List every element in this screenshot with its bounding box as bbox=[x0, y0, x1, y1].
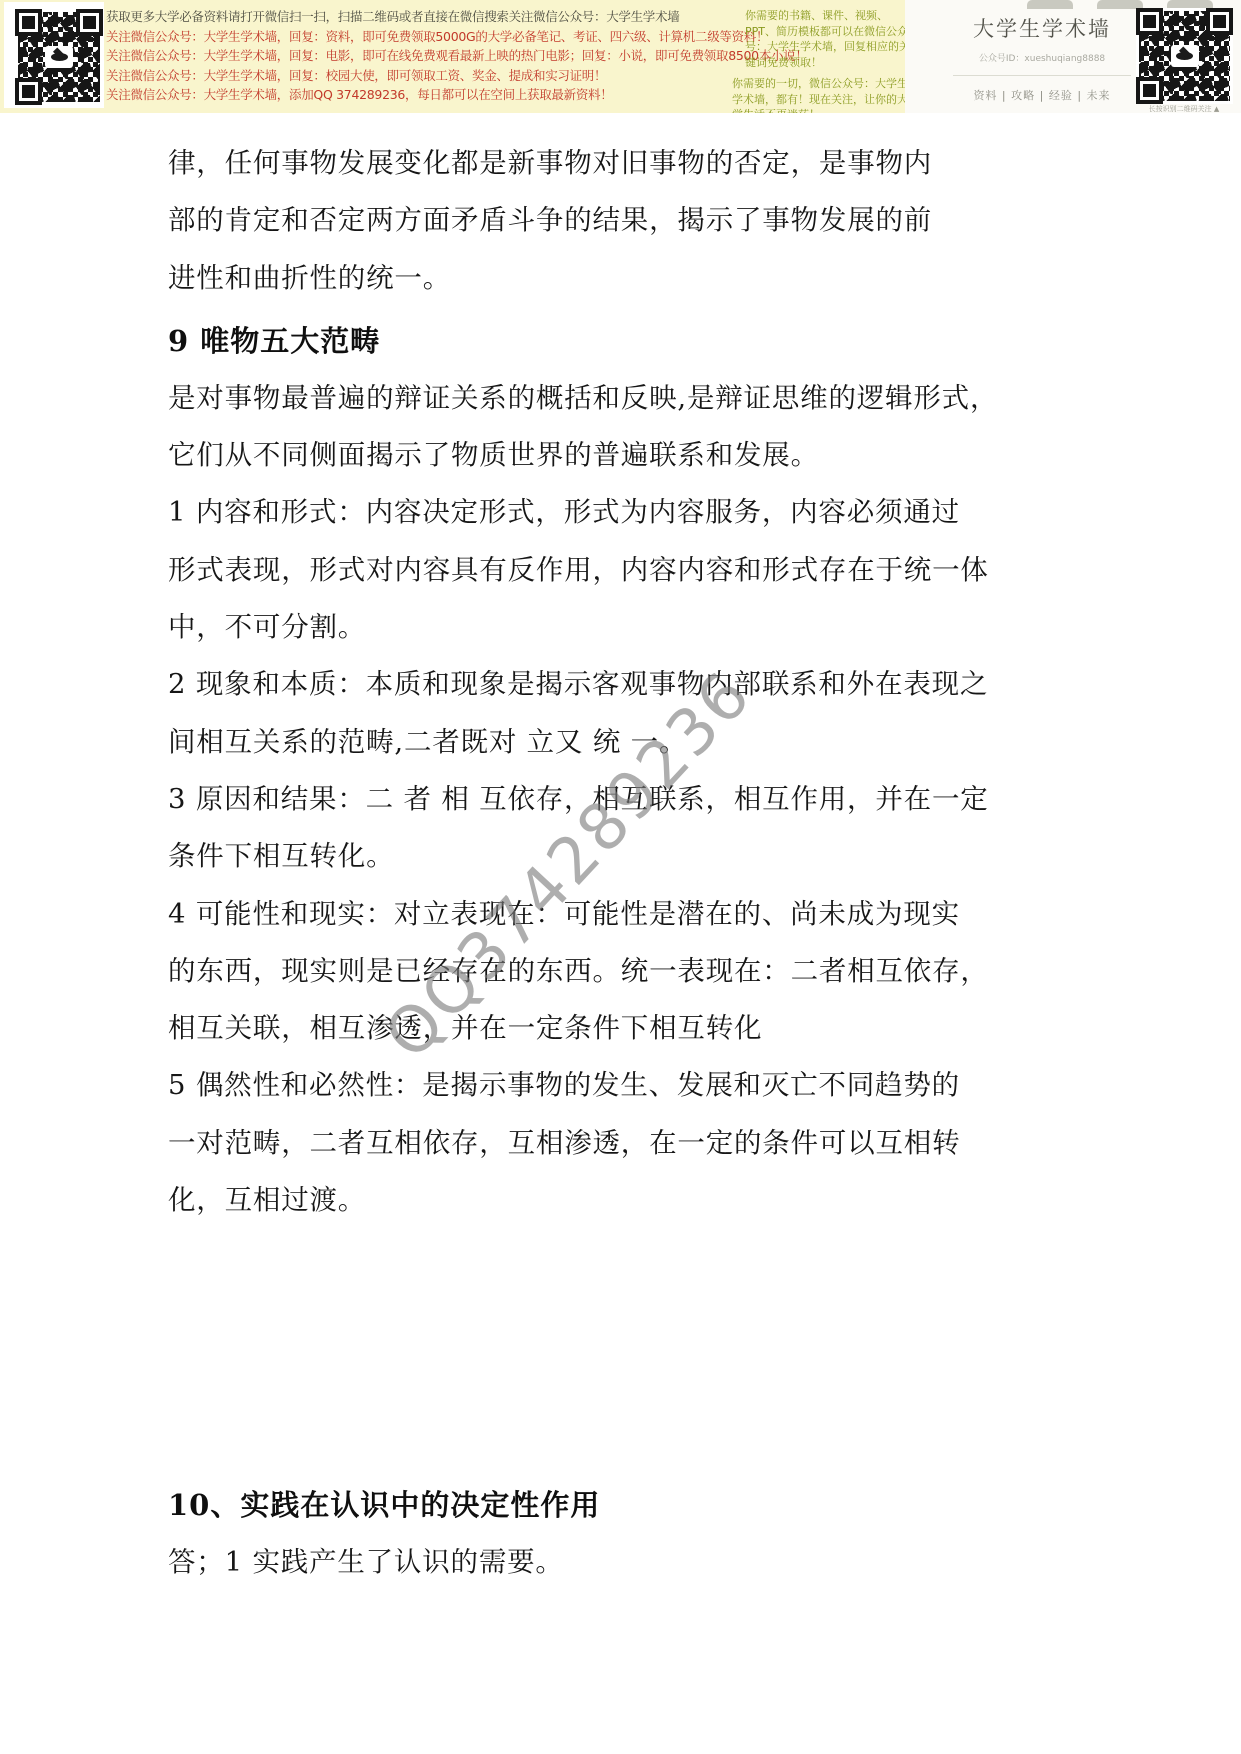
qr-finder-icon bbox=[15, 78, 42, 105]
section-heading: 9 唯物五大范畴 bbox=[168, 313, 1241, 370]
tab-notch-decor bbox=[1027, 0, 1073, 9]
doc-text-line: 间相互关系的范畴,二者既对 立又 统 一。 bbox=[168, 714, 1241, 771]
doc-text-line: 的东西，现实则是已经存在的东西。统一表现在：二者相互依存， bbox=[168, 943, 1241, 1000]
doc-text-line: 进性和曲折性的统一。 bbox=[168, 250, 1241, 307]
doc-text-line: 2 现象和本质：本质和现象是揭示客观事物内部联系和外在表现之 bbox=[168, 656, 1241, 713]
doc-text-line: 它们从不同侧面揭示了物质世界的普遍联系和发展。 bbox=[168, 427, 1241, 484]
account-title: 大学生学术墙 bbox=[947, 13, 1137, 43]
doc-text-line: 4 可能性和现实：对立表现在：可能性是潜在的、尚未成为现实 bbox=[168, 886, 1241, 943]
promo-banner: 获取更多大学必备资料请打开微信扫一扫，扫描二维码或者直接在微信搜索关注微信公众号… bbox=[0, 0, 1241, 113]
doc-text-line: 3 原因和结果：二 者 相 互依存，相互联系，相互作用，并在一定 bbox=[168, 771, 1241, 828]
doc-text-line: 形式表现，形式对内容具有反作用，内容内容和形式存在于统一体 bbox=[168, 542, 1241, 599]
document-body: 律，任何事物发展变化都是新事物对旧事物的否定，是事物内部的肯定和否定两方面矛盾斗… bbox=[0, 113, 1241, 1754]
doc-text-line: 部的肯定和否定两方面矛盾斗争的结果，揭示了事物发展的前 bbox=[168, 192, 1241, 249]
qr-finder-icon bbox=[1206, 8, 1233, 35]
account-card-info: 大学生学术墙 公众号ID：xueshuqiang8888 资料 | 攻略 | 经… bbox=[947, 13, 1137, 103]
banner-line: 获取更多大学必备资料请打开微信扫一扫，扫描二维码或者直接在微信搜索关注微信公众号… bbox=[106, 7, 808, 27]
qr-finder-icon bbox=[1136, 8, 1163, 35]
document-page: 获取更多大学必备资料请打开微信扫一扫，扫描二维码或者直接在微信搜索关注微信公众号… bbox=[0, 0, 1241, 1754]
account-id: 公众号ID：xueshuqiang8888 bbox=[947, 51, 1137, 64]
doc-text-line: 1 内容和形式：内容决定形式，形式为内容服务，内容必须通过 bbox=[168, 484, 1241, 541]
banner-line: 关注微信公众号：大学生学术墙，回复：资料，即可免费领取5000G的大学必备笔记、… bbox=[106, 27, 808, 47]
document-text: 律，任何事物发展变化都是新事物对旧事物的否定，是事物内部的肯定和否定两方面矛盾斗… bbox=[0, 113, 1241, 1592]
banner-note-top: 你需要的书籍、课件、视频、PPT、简历模板都可以在微信公众号：大学生学术墙，回复… bbox=[745, 8, 915, 70]
qr-finder-icon bbox=[1136, 77, 1163, 104]
divider bbox=[953, 75, 1131, 76]
qr-finder-icon bbox=[15, 9, 42, 36]
doc-text-line: 中，不可分割。 bbox=[168, 599, 1241, 656]
qr-finder-icon bbox=[76, 9, 103, 36]
account-tags: 资料 | 攻略 | 经验 | 未来 bbox=[947, 87, 1137, 103]
banner-line: 关注微信公众号：大学生学术墙，添加QQ 374289236，每日都可以在空间上获… bbox=[106, 85, 808, 105]
doc-text-line: 条件下相互转化。 bbox=[168, 828, 1241, 885]
doc-text-line: 答；1 实践产生了认识的需要。 bbox=[168, 1534, 1241, 1591]
account-card: 大学生学术墙 公众号ID：xueshuqiang8888 资料 | 攻略 | 经… bbox=[905, 0, 1241, 113]
banner-text-block: 获取更多大学必备资料请打开微信扫一扫，扫描二维码或者直接在微信搜索关注微信公众号… bbox=[106, 7, 808, 105]
doc-text-line: 律，任何事物发展变化都是新事物对旧事物的否定，是事物内 bbox=[168, 135, 1241, 192]
section-heading: 10、实践在认识中的决定性作用 bbox=[168, 1477, 1241, 1534]
qr-frame bbox=[4, 2, 104, 108]
doc-text-line: 一对范畴，二者互相依存，互相渗透，在一定的条件可以互相转 bbox=[168, 1115, 1241, 1172]
banner-line: 关注微信公众号：大学生学术墙，回复：电影，即可在线免费观看最新上映的热门电影；回… bbox=[106, 46, 808, 66]
qr-code-icon bbox=[15, 9, 103, 105]
doc-text-line: 是对事物最普遍的辩证关系的概括和反映,是辩证思维的逻辑形式， bbox=[168, 370, 1241, 427]
doc-text-line: 相互关联，相互渗透，并在一定条件下相互转化 bbox=[168, 1000, 1241, 1057]
qr-code-icon bbox=[1136, 8, 1233, 104]
doc-text-line: 5 偶然性和必然性：是揭示事物的发生、发展和灭亡不同趋势的 bbox=[168, 1057, 1241, 1114]
graduation-cap-icon bbox=[45, 46, 73, 68]
banner-line: 关注微信公众号：大学生学术墙，回复：校园大使，即可领取工资、奖金、提成和实习证明… bbox=[106, 66, 808, 86]
doc-text-line: 化，互相过渡。 bbox=[168, 1172, 1241, 1229]
graduation-cap-icon bbox=[1171, 45, 1199, 67]
